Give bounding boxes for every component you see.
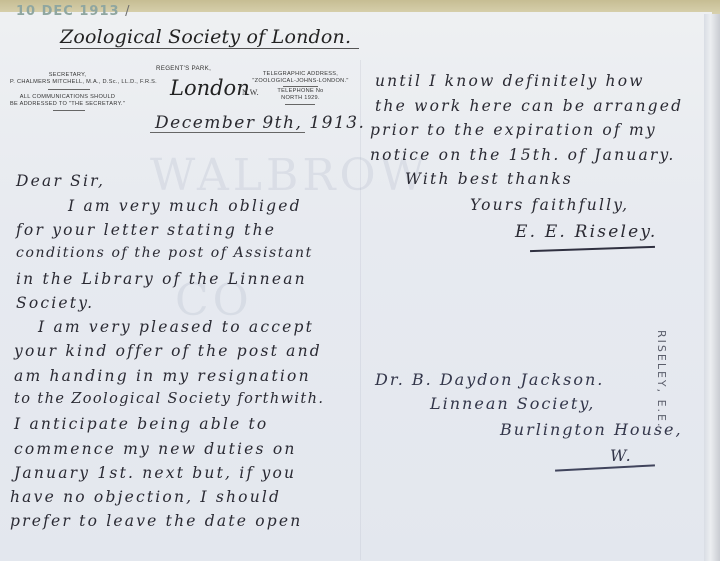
letterhead-secretary: SECRETARY, P. CHALMERS MITCHELL, M.A., D… bbox=[10, 72, 125, 86]
telephone-number: NORTH 1929. bbox=[248, 95, 353, 102]
address-top: REGENT'S PARK, bbox=[156, 65, 211, 72]
body-line: your kind offer of the post and bbox=[14, 342, 322, 360]
telephone-label: TELEPHONE No bbox=[248, 88, 353, 95]
signature: E. E. Riseley. bbox=[515, 222, 658, 242]
date-underline bbox=[150, 132, 305, 133]
divider bbox=[285, 104, 315, 105]
page-fold bbox=[360, 60, 361, 560]
body-line: conditions of the post of Assistant bbox=[16, 245, 313, 261]
archival-pencil-note: RISELEY, E.E. bbox=[655, 330, 668, 429]
stamp-mark: / bbox=[125, 4, 130, 19]
closing: Yours faithfully, bbox=[470, 196, 629, 214]
secretary-label: SECRETARY, bbox=[10, 72, 125, 79]
divider bbox=[283, 86, 318, 87]
body-line: I am very much obliged bbox=[68, 197, 302, 215]
divider bbox=[53, 110, 85, 111]
body-line: for your letter stating the bbox=[16, 221, 276, 239]
letterhead-telephone: TELEPHONE No NORTH 1929. bbox=[248, 88, 353, 102]
body-line: to the Zoological Society forthwith. bbox=[14, 391, 324, 407]
page-edge bbox=[704, 14, 720, 561]
body-line: in the Library of the Linnean bbox=[16, 270, 307, 288]
salutation: Dear Sir, bbox=[16, 172, 105, 190]
letter-date: December 9th, 1913. bbox=[155, 113, 365, 133]
body-line: prior to the expiration of my bbox=[370, 121, 657, 139]
letterhead-communications: ALL COMMUNICATIONS SHOULD BE ADDRESSED T… bbox=[10, 94, 125, 108]
body-line: prefer to leave the date open bbox=[10, 512, 302, 530]
body-line: January 1st. next but, if you bbox=[14, 464, 296, 482]
body-line: With best thanks bbox=[405, 170, 573, 188]
secretary-name: P. CHALMERS MITCHELL, M.A., D.Sc., LL.D.… bbox=[10, 79, 125, 86]
communications-line: ALL COMMUNICATIONS SHOULD bbox=[10, 94, 125, 101]
telegraphic-label: TELEGRAPHIC ADDRESS, bbox=[248, 71, 353, 78]
body-line: commence my new duties on bbox=[14, 440, 297, 458]
addressee-name: Dr. B. Daydon Jackson. bbox=[375, 370, 604, 389]
body-line: notice on the 15th. of January. bbox=[370, 146, 676, 164]
receipt-stamp: 10 DEC 1913 / bbox=[16, 4, 130, 19]
body-line: until I know definitely how bbox=[375, 72, 645, 90]
body-line: the work here can be arranged bbox=[375, 97, 683, 115]
body-line: I am very pleased to accept bbox=[38, 318, 314, 336]
letterhead-telegraphic: TELEGRAPHIC ADDRESS, "ZOOLOGICAL-JOHNS-L… bbox=[248, 71, 353, 85]
body-line: am handing in my resignation bbox=[14, 367, 311, 385]
addressee-organization: Linnean Society, bbox=[430, 394, 595, 413]
divider bbox=[48, 89, 90, 90]
body-line: I anticipate being able to bbox=[14, 415, 268, 433]
communications-line: BE ADDRESSED TO "THE SECRETARY." bbox=[10, 101, 125, 108]
stamp-date: 10 DEC 1913 bbox=[16, 4, 120, 19]
body-line: have no objection, I should bbox=[10, 488, 281, 506]
addressee-postal: W. bbox=[610, 446, 633, 465]
letterhead-title: Zoological Society of London. bbox=[60, 26, 351, 48]
body-line: Society. bbox=[16, 294, 94, 312]
telegraphic-address: "ZOOLOGICAL-JOHNS-LONDON." bbox=[248, 78, 353, 85]
